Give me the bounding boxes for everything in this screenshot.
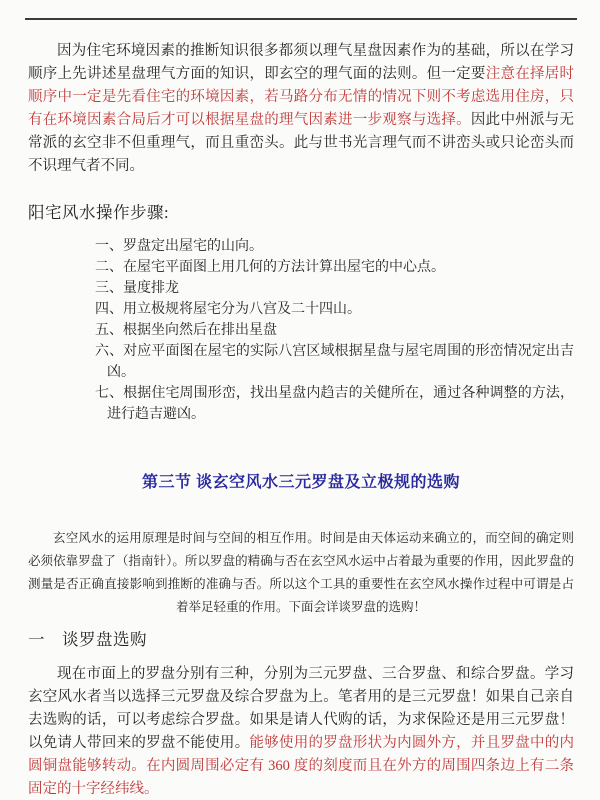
- luopan-principle-paragraph: 玄空风水的运用原理是时间与空间的相互作用。时间是由天体运动来确立的，而空间的确定…: [28, 527, 574, 619]
- step-item-7: 七、根据住宅周围形峦，找出星盘内趋吉的关健所在，通过各种调整的方法，进行趋吉避凶…: [95, 383, 574, 425]
- subsection-heading-luopan-buying: 一 谈罗盘选购: [28, 629, 574, 651]
- section-title: 第三节 谈玄空风水三元罗盘及立极规的选购: [28, 471, 574, 495]
- step-item-2: 二、在屋宅平面图上用几何的方法计算出屋宅的中心点。: [95, 257, 574, 278]
- operation-steps-list: 一、罗盘定出屋宅的山向。 二、在屋宅平面图上用几何的方法计算出屋宅的中心点。 三…: [95, 236, 574, 425]
- step-item-6: 六、对应平面图在屋宅的实际八宫区域根据星盘与屋宅周围的形峦情况定出吉凶。: [95, 341, 574, 383]
- step-item-3: 三、量度排龙: [95, 278, 574, 299]
- step-item-5: 五、根据坐向然后在排出星盘: [95, 320, 574, 341]
- step-item-1: 一、罗盘定出屋宅的山向。: [95, 236, 574, 257]
- page-header-rule: [25, 18, 577, 20]
- operation-steps-heading: 阳宅风水操作步骤:: [28, 202, 574, 224]
- intro-paragraph: 因为住宅环境因素的推断知识很多都须以理气星盘因素作为的基础，所以在学习顺序上先讲…: [28, 40, 574, 178]
- step-item-4: 四、用立极规将屋宅分为八宫及二十四山。: [95, 299, 574, 320]
- luopan-buying-paragraph: 现在市面上的罗盘分别有三种，分别为三元罗盘、三合罗盘、和综合罗盘。学习玄空风水者…: [28, 663, 574, 800]
- document-page: 因为住宅环境因素的推断知识很多都须以理气星盘因素作为的基础，所以在学习顺序上先讲…: [0, 0, 600, 800]
